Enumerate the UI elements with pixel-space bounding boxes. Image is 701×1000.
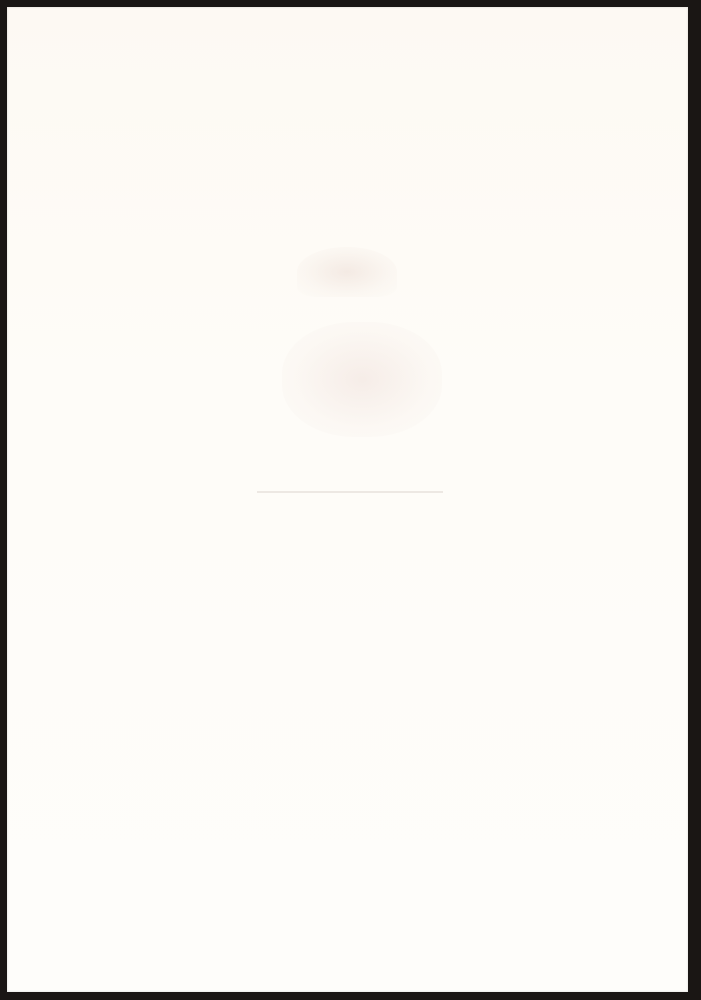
show-through-mark-top — [297, 247, 397, 297]
show-through-mark-center — [282, 322, 442, 437]
paper-sheet — [7, 7, 688, 992]
show-through-line — [257, 491, 443, 493]
